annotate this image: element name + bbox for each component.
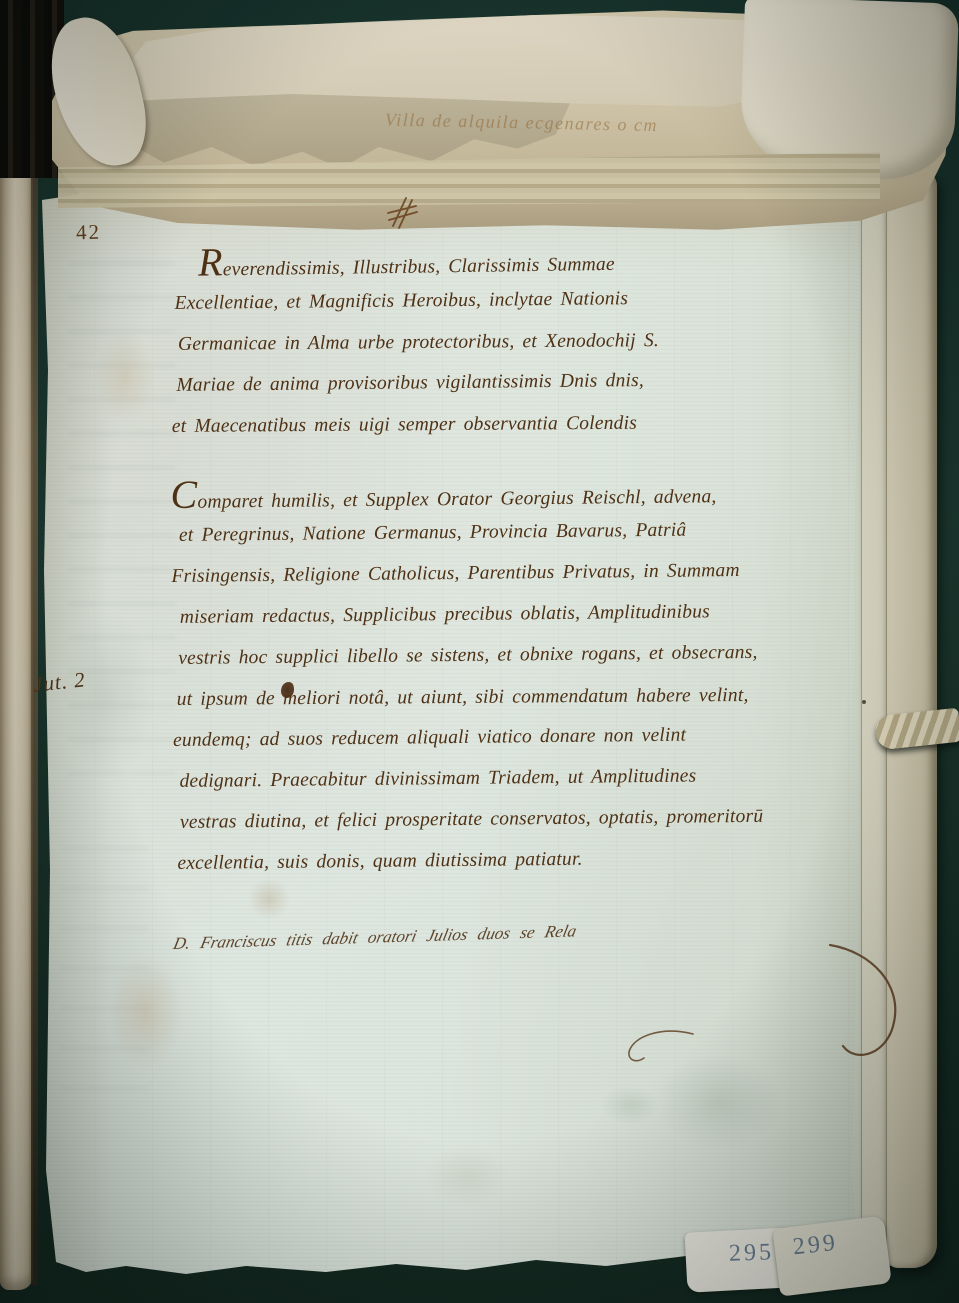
manuscript-line: dedignari. Praecabitur divinissimam Tria… (179, 764, 873, 812)
archive-number-behind: 299 (792, 1230, 840, 1262)
manuscript-line: Excellentiae, et Magnificis Heroibus, in… (174, 286, 868, 334)
manuscript-line: Germanicae in Alma urbe protectoribus, e… (178, 328, 869, 374)
manuscript-line: eundemq; ad suos reducem aliquali viatic… (173, 723, 873, 771)
manuscript-line: excellentia, suis donis, quam diutissima… (177, 846, 874, 894)
manuscript-line: et Maecenatibus meis uigi semper observa… (172, 411, 870, 457)
binding-strip (0, 148, 33, 1290)
manuscript-photograph: Villa de alquila ecgenares o cm 42 Jut. … (0, 0, 959, 1303)
manuscript-line: Mariae de anima provisoribus vigilantiss… (176, 368, 869, 416)
manuscript-line: miseriam redactus, Supplicibus precibus … (180, 600, 872, 648)
archive-number-front: 295 (729, 1239, 775, 1268)
manuscript-line: Comparet humilis, et Supplex Orator Geor… (170, 477, 870, 525)
rescript-line: D. Franciscus titis dabit oratori Julios… (167, 912, 883, 975)
folio-number: 42 (76, 220, 102, 246)
gutter-shadow (31, 158, 38, 1286)
manuscript-line: et Peregrinus, Natione Germanus, Provinc… (179, 518, 871, 566)
manuscript-line: vestris hoc supplici libello se sistens,… (178, 641, 872, 689)
manuscript-line: ut ipsum de meliori notâ, ut aiunt, sibi… (177, 684, 873, 730)
manuscript-line: vestras diutina, et felici prosperitate … (180, 805, 874, 853)
manuscript-line: Frisingensis, Religione Catholicus, Pare… (171, 559, 871, 607)
manuscript-line: Reverendissimis, Illustribus, Clarissimi… (198, 242, 869, 292)
manuscript-text-block: Reverendissimis, Illustribus, Clarissimi… (168, 245, 876, 975)
